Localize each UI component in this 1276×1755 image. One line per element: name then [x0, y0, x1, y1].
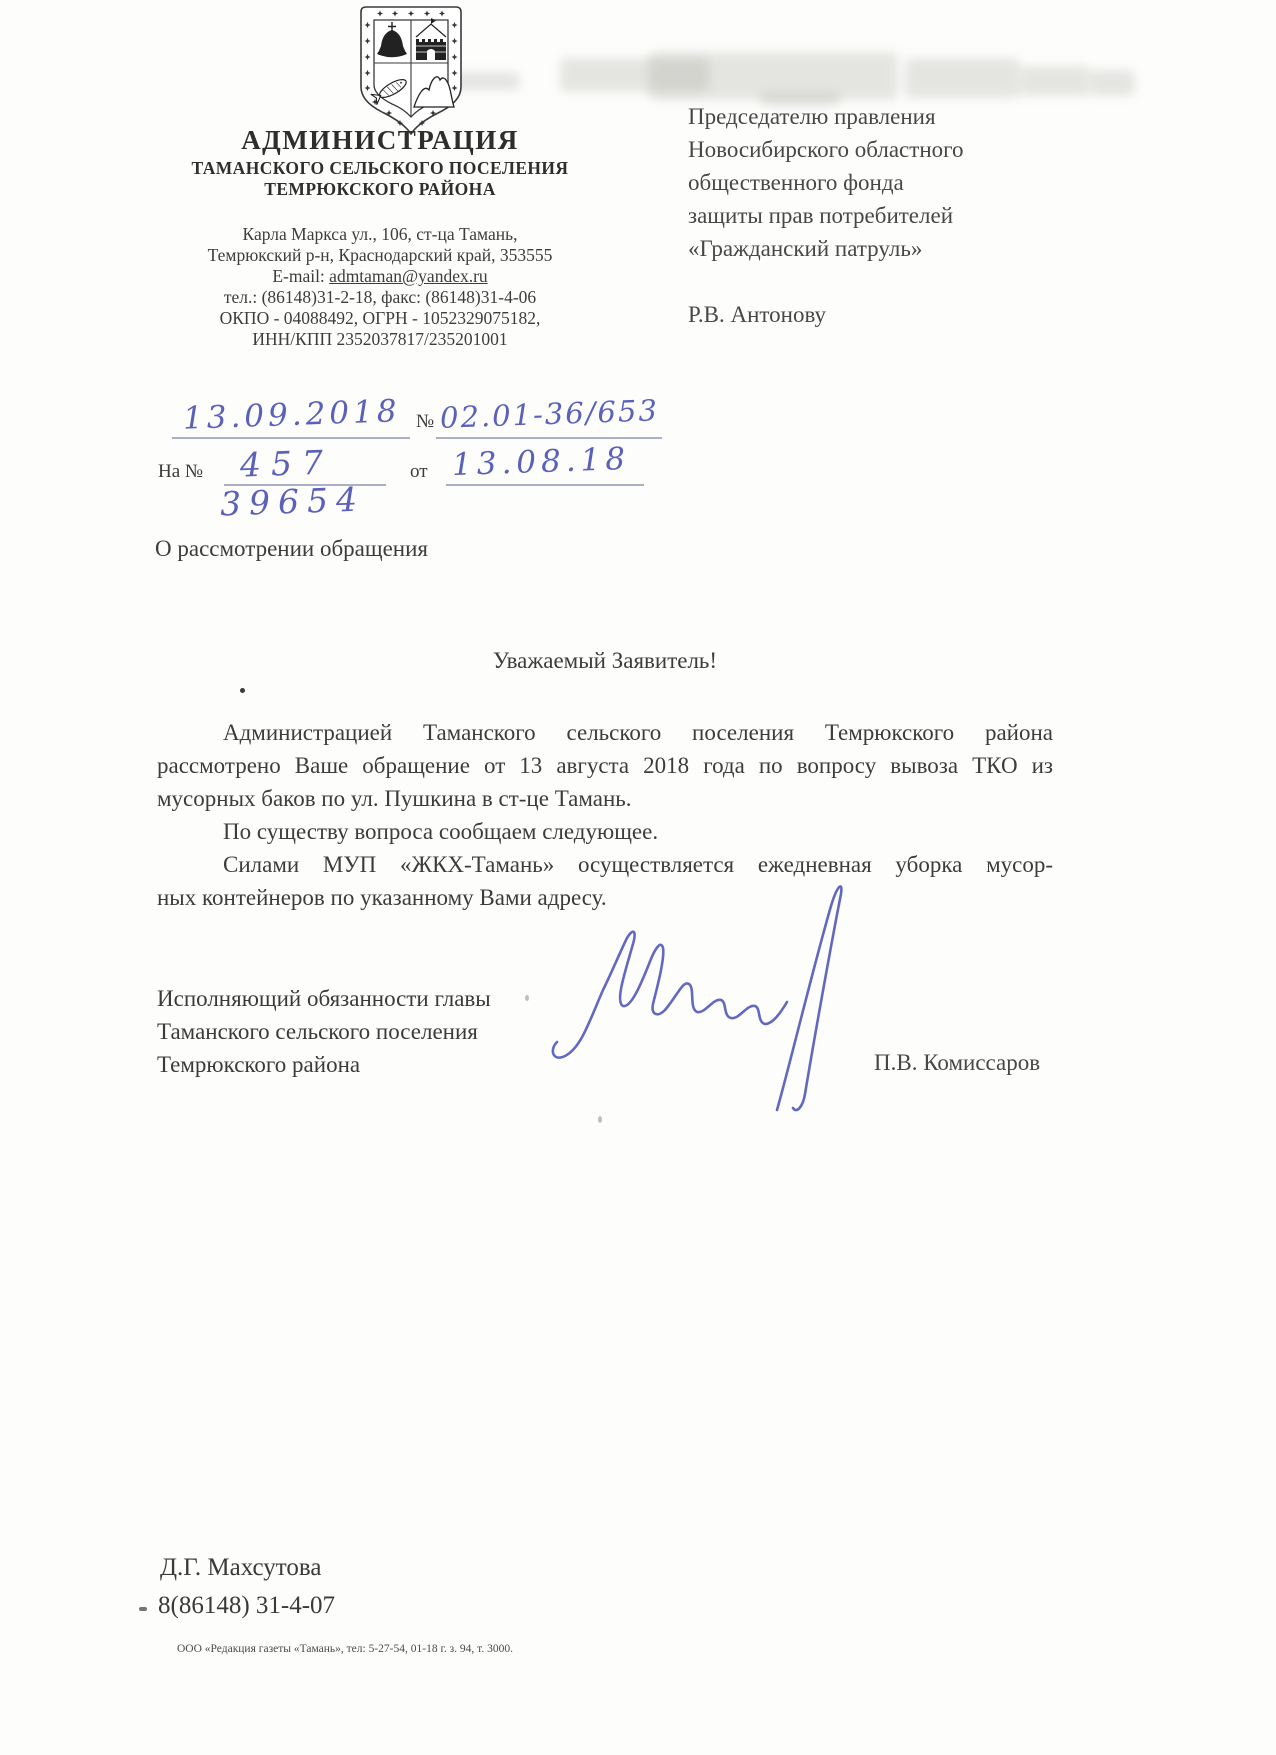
body-p1-line2: рассмотрено Ваше обращение от 13 августа… [157, 753, 1053, 779]
ink-dot [240, 688, 245, 693]
executor-phone: 8(86148) 31-4-07 [158, 1592, 335, 1620]
print-shop-footer: ООО «Редакция газеты «Тамань», тел: 5-27… [177, 1643, 513, 1655]
number-underline [436, 437, 662, 439]
signer-title-line1: Исполняющий обязанности главы [157, 986, 491, 1012]
org-name-line3: ТЕМРЮКСКОГО РАЙОНА [150, 179, 610, 200]
recipient-line: «Гражданский патруль» [688, 236, 922, 262]
registration-number-handwritten: 39654 [219, 479, 365, 523]
signer-name: П.В. Комиссаров [874, 1050, 1040, 1076]
bleedthrough-smudge [1090, 70, 1135, 96]
email-label: E-mail: [272, 266, 329, 286]
bleedthrough-smudge [905, 58, 1020, 98]
ot-label: от [410, 461, 428, 483]
scanned-letter-page: АДМИНИСТРАЦИЯ ТАМАНСКОГО СЕЛЬСКОГО ПОСЕЛ… [0, 0, 1276, 1755]
okpo-ogrn-line: ОКПО - 04088492, ОГРН - 1052329075182, [150, 308, 610, 329]
coat-of-arms-icon [350, 3, 472, 135]
org-name-line2: ТАМАНСКОГО СЕЛЬСКОГО ПОСЕЛЕНИЯ [150, 158, 610, 179]
bleedthrough-smudge [1020, 66, 1090, 96]
subject-line: О рассмотрении обращения [155, 536, 428, 562]
handwritten-signature [545, 872, 875, 1117]
recipient-line: защиты прав потребителей [688, 203, 953, 229]
outgoing-date-handwritten: 13.09.2018 [182, 393, 401, 437]
address-line2: Темрюкский р-н, Краснодарский край, 3535… [150, 245, 610, 266]
org-name-line1: АДМИНИСТРАЦИЯ [150, 125, 610, 156]
no-sign-label: № [416, 411, 434, 433]
phone-fax-line: тел.: (86148)31-2-18, факс: (86148)31-4-… [150, 287, 610, 308]
incoming-date-handwritten: 13.08.18 [451, 441, 630, 483]
body-p2: По существу вопроса сообщаем следующее. [157, 819, 1119, 845]
na-no-label: На № [158, 461, 203, 483]
outgoing-number-handwritten: 02.01-36/653 [439, 393, 659, 435]
incoming-date-underline [446, 484, 644, 486]
incoming-number-handwritten: 457 [239, 442, 333, 484]
recipient-line: Новосибирского областного [688, 137, 963, 163]
body-p1-line1: Администрацией Таманского сельского посе… [157, 720, 1053, 746]
executor-name: Д.Г. Махсутова [160, 1554, 321, 1582]
signer-title-line3: Темрюкского района [157, 1052, 360, 1078]
inn-kpp-line: ИНН/КПП 2352037817/235201001 [150, 329, 610, 350]
recipient-line: Председателю правления [688, 104, 936, 130]
recipient-name: Р.В. Антонову [688, 302, 826, 328]
scan-speck [525, 995, 529, 1001]
email-line: E-mail: admtaman@yandex.ru [150, 266, 610, 287]
salutation: Уважаемый Заявитель! [157, 648, 1053, 674]
signer-title-line2: Таманского сельского поселения [157, 1019, 478, 1045]
scan-speck [598, 1116, 602, 1123]
ink-dash [139, 1607, 147, 1611]
body-p1-line3: мусорных баков по ул. Пушкина в ст-це Та… [157, 786, 1053, 812]
email-address: admtaman@yandex.ru [329, 266, 488, 286]
address-line1: Карла Маркса ул., 106, ст-ца Тамань, [150, 224, 610, 245]
date-underline [172, 437, 410, 439]
recipient-line: общественного фонда [688, 170, 904, 196]
